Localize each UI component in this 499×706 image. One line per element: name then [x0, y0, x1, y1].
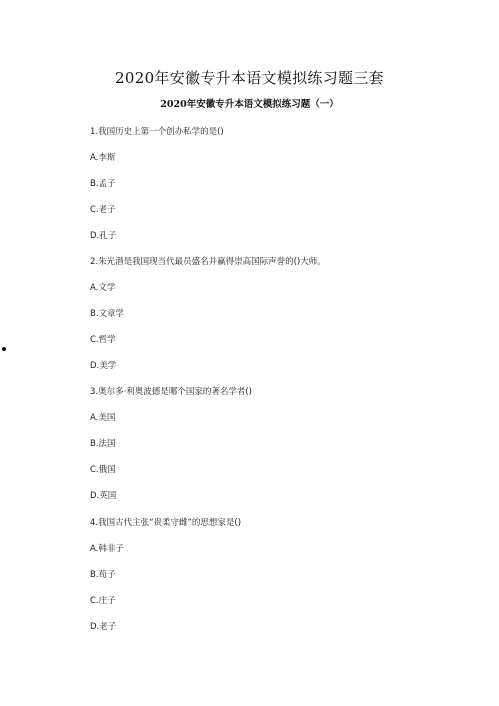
- question-1-option-d: D.孔子: [90, 230, 116, 242]
- margin-dot: [2, 347, 6, 351]
- document-page: 2020年安徽专升本语文模拟练习题三套 2020年安徽专升本语文模拟练习题（一）…: [0, 0, 499, 706]
- question-2: 2.朱光潜是我国现当代最员盛名并赢得崇高国际声誉的()大师。: [90, 256, 326, 268]
- question-4-option-b: B.荀子: [90, 569, 116, 581]
- question-1-option-a: A.李斯: [90, 152, 115, 164]
- question-3-option-a: A.美国: [90, 412, 115, 424]
- question-2-option-d: D.美学: [90, 360, 116, 372]
- question-3-option-b: B.法国: [90, 438, 116, 450]
- document-title: 2020年安徽专升本语文模拟练习题三套: [0, 68, 499, 88]
- question-1: 1.我国历史上第一个创办私学的是(): [90, 126, 224, 138]
- question-1-option-b: B.孟子: [90, 178, 116, 190]
- question-3-option-c: C.俄国: [90, 464, 116, 476]
- question-4-option-c: C.庄子: [90, 595, 116, 607]
- question-2-option-c: C.哲学: [90, 334, 116, 346]
- section-title: 2020年安徽专升本语文模拟练习题（一）: [0, 98, 499, 112]
- question-4-option-d: D.老子: [90, 621, 116, 633]
- question-1-option-c: C.老子: [90, 204, 116, 216]
- question-2-option-a: A.文学: [90, 282, 115, 294]
- question-3: 3.奥尔多·利奥波德是哪个国家的著名学者(): [90, 386, 252, 398]
- question-3-option-d: D.英国: [90, 490, 116, 502]
- question-2-option-b: B.文章学: [90, 308, 124, 320]
- question-4: 4.我国古代主张“贵柔守雌”的思想家是(): [90, 517, 241, 529]
- question-4-option-a: A.韩非子: [90, 543, 124, 555]
